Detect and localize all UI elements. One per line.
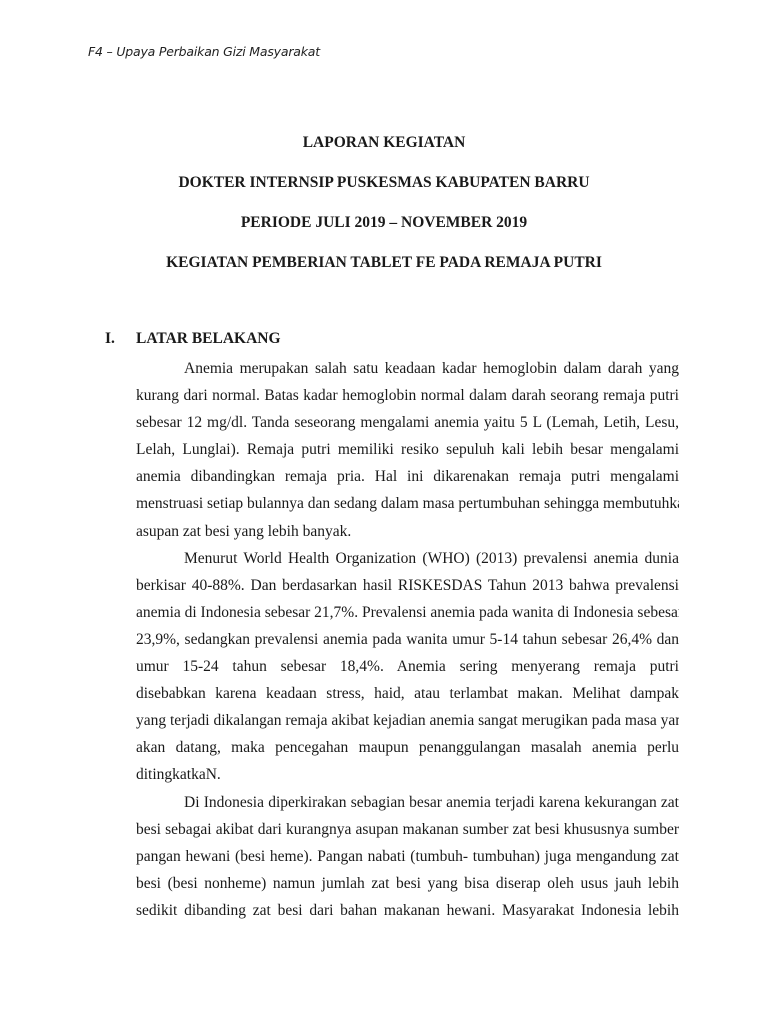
paragraph-line: menstruasi setiap bulannya dan sedang da… bbox=[136, 490, 679, 517]
running-header: F4 – Upaya Perbaikan Gizi Masyarakat bbox=[88, 44, 320, 59]
paragraph-line: berkisar 40-88%. Dan berdasarkan hasil R… bbox=[136, 572, 679, 599]
paragraph-line: Anemia merupakan salah satu keadaan kada… bbox=[136, 355, 679, 382]
paragraph-line: umur 15-24 tahun sebesar 18,4%. Anemia s… bbox=[136, 653, 679, 680]
paragraph-line: besi sebagai akibat dari kurangnya asupa… bbox=[136, 816, 679, 843]
paragraph-line: sebesar 12 mg/dl. Tanda seseorang mengal… bbox=[136, 409, 679, 436]
paragraph-line: yang terjadi dikalangan remaja akibat ke… bbox=[136, 707, 679, 734]
paragraph-line: besi (besi nonheme) namun jumlah zat bes… bbox=[136, 870, 679, 897]
section-number: I. bbox=[105, 330, 115, 348]
report-period: PERIODE JULI 2019 – NOVEMBER 2019 bbox=[0, 213, 768, 253]
paragraph-line: Di Indonesia diperkirakan sebagian besar… bbox=[136, 789, 679, 816]
paragraph-line: asupan zat besi yang lebih banyak. bbox=[136, 518, 679, 545]
paragraph-line: sedikit dibanding zat besi dari bahan ma… bbox=[136, 897, 679, 924]
paragraph-line: 23,9%, sedangkan prevalensi anemia pada … bbox=[136, 626, 679, 653]
paragraph-line: Menurut World Health Organization (WHO) … bbox=[136, 545, 679, 572]
report-title: LAPORAN KEGIATAN bbox=[0, 133, 768, 173]
document-titles: LAPORAN KEGIATAN DOKTER INTERNSIP PUSKES… bbox=[0, 133, 768, 293]
report-subtitle-institution: DOKTER INTERNSIP PUSKESMAS KABUPATEN BAR… bbox=[0, 173, 768, 213]
paragraph-line: ditingkatkaN. bbox=[136, 761, 679, 788]
activity-title: KEGIATAN PEMBERIAN TABLET FE PADA REMAJA… bbox=[0, 253, 768, 293]
body-text: Anemia merupakan salah satu keadaan kada… bbox=[136, 355, 679, 924]
paragraph-line: Lelah, Lunglai). Remaja putri memiliki r… bbox=[136, 436, 679, 463]
paragraph-line: kurang dari normal. Batas kadar hemoglob… bbox=[136, 382, 679, 409]
paragraph-line: anemia dibandingkan remaja pria. Hal ini… bbox=[136, 463, 679, 490]
paragraph-line: pangan hewani (besi heme). Pangan nabati… bbox=[136, 843, 679, 870]
section-title: LATAR BELAKANG bbox=[136, 330, 281, 348]
paragraph-line: anemia di Indonesia sebesar 21,7%. Preva… bbox=[136, 599, 679, 626]
paragraph-line: disebabkan karena keadaan stress, haid, … bbox=[136, 680, 679, 707]
paragraph-line: akan datang, maka pencegahan maupun pena… bbox=[136, 734, 679, 761]
